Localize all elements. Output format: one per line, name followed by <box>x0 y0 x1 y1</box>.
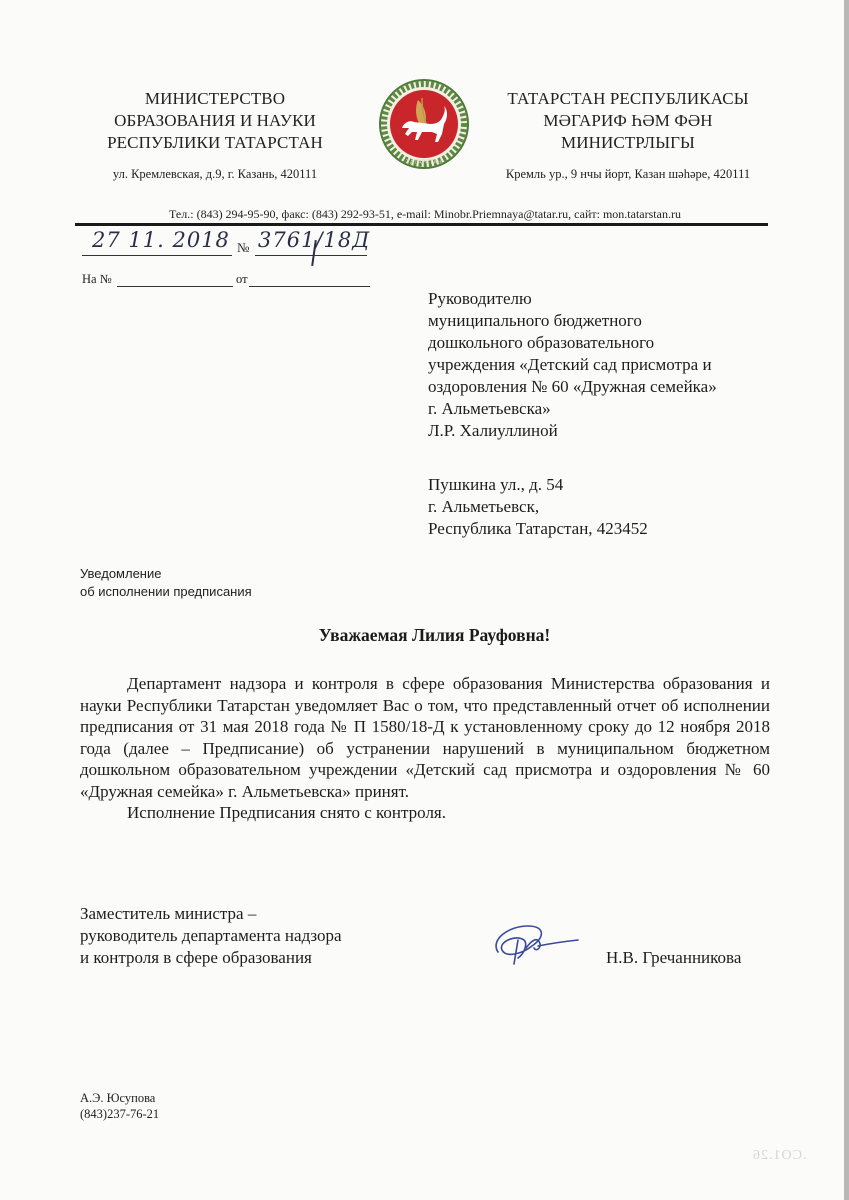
letterhead-left: МИНИСТЕРСТВО ОБРАЗОВАНИЯ И НАУКИ РЕСПУБЛ… <box>80 88 350 154</box>
bleed-through-mark: .CO1.26 <box>752 1148 806 1164</box>
reply-date-field <box>249 286 370 287</box>
position-line: руководитель департамента надзора <box>80 925 440 947</box>
executor-phone: (843)237-76-21 <box>80 1106 159 1122</box>
signatory-position: Заместитель министра – руководитель депа… <box>80 903 440 969</box>
date-underline <box>82 255 232 256</box>
recipient-line: муниципального бюджетного <box>428 310 798 332</box>
letterhead-left-line: ОБРАЗОВАНИЯ И НАУКИ <box>80 110 350 132</box>
recipient-line: Л.Р. Халиуллиной <box>428 420 798 442</box>
recipient-address-line: г. Альметьевск, <box>428 496 798 518</box>
letterhead-right-line: ТАТАРСТАН РЕСПУБЛИКАСЫ <box>478 88 778 110</box>
svg-text:ТАТАРСТАН: ТАТАРСТАН <box>405 159 442 166</box>
letter-body: Департамент надзора и контроля в сфере о… <box>80 673 770 824</box>
recipient-line: оздоровления № 60 «Дружная семейка» <box>428 376 798 398</box>
letterhead-contacts: Тел.: (843) 294-95-90, факс: (843) 292-9… <box>75 207 775 222</box>
tatarstan-coat-of-arms-icon: ТАТАРСТАН <box>378 78 470 170</box>
greeting: Уважаемая Лилия Рауфовна! <box>0 625 849 646</box>
letterhead-right-address: Кремль ур., 9 нчы йорт, Казан шәһәре, 42… <box>478 167 778 182</box>
letterhead-divider <box>75 223 768 226</box>
recipient-block: Руководителю муниципального бюджетного д… <box>428 288 798 442</box>
body-paragraph: Исполнение Предписания снято с контроля. <box>80 802 770 824</box>
recipient-line: учреждения «Детский сад присмотра и <box>428 354 798 376</box>
recipient-address: Пушкина ул., д. 54 г. Альметьевск, Респу… <box>428 474 798 540</box>
signatory-name: Н.В. Гречанникова <box>606 947 741 969</box>
number-underline <box>255 255 367 256</box>
letterhead-left-line: МИНИСТЕРСТВО <box>80 88 350 110</box>
recipient-line: г. Альметьевска» <box>428 398 798 420</box>
registration-number-label: № <box>237 240 249 256</box>
registration-date: 27 11. 2018 <box>92 228 230 252</box>
handwritten-signature-icon <box>488 918 583 970</box>
letterhead-left-address: ул. Кремлевская, д.9, г. Казань, 420111 <box>80 167 350 182</box>
position-line: Заместитель министра – <box>80 903 440 925</box>
body-paragraph: Департамент надзора и контроля в сфере о… <box>80 673 770 802</box>
reply-from-label: от <box>236 272 248 287</box>
subject-line: об исполнении предписания <box>80 583 252 601</box>
recipient-address-line: Республика Татарстан, 423452 <box>428 518 798 540</box>
letterhead-right-line: МИНИСТРЛЫГЫ <box>478 132 778 154</box>
executor-name: А.Э. Юсупова <box>80 1090 159 1106</box>
letterhead-right: ТАТАРСТАН РЕСПУБЛИКАСЫ МӘГАРИФ ҺӘМ ФӘН М… <box>478 88 778 154</box>
reply-number-field <box>117 286 233 287</box>
executor: А.Э. Юсупова (843)237-76-21 <box>80 1090 159 1122</box>
recipient-line: дошкольного образовательного <box>428 332 798 354</box>
scan-edge <box>844 0 849 1200</box>
letterhead-left-line: РЕСПУБЛИКИ ТАТАРСТАН <box>80 132 350 154</box>
recipient-address-line: Пушкина ул., д. 54 <box>428 474 798 496</box>
subject-line: Уведомление <box>80 565 252 583</box>
position-line: и контроля в сфере образования <box>80 947 440 969</box>
reply-to-label: На № <box>82 272 112 287</box>
letterhead-right-line: МӘГАРИФ ҺӘМ ФӘН <box>478 110 778 132</box>
recipient-line: Руководителю <box>428 288 798 310</box>
subject: Уведомление об исполнении предписания <box>80 565 252 601</box>
